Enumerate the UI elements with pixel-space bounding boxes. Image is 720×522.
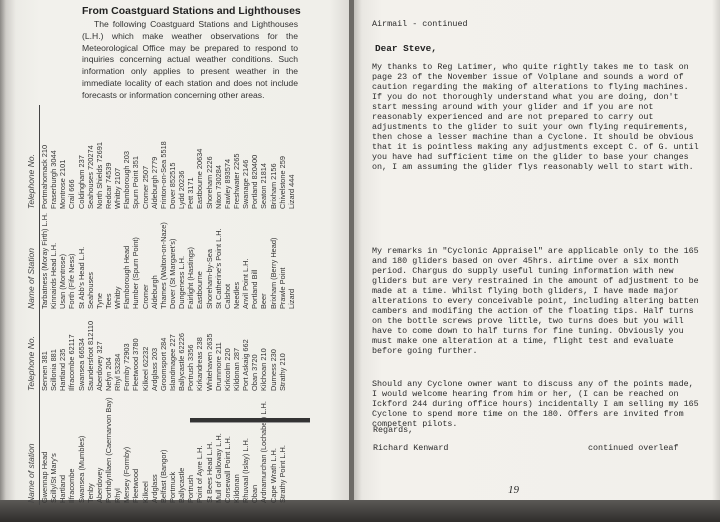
telephone-cell: Kilkeel 62232 bbox=[141, 309, 150, 391]
station-name-cell: Mersey (Formby) bbox=[122, 391, 131, 505]
table-row: Scilly/St Mary'sScillonia 881Kinnairds H… bbox=[49, 105, 58, 505]
telephone-cell: Seahouses 720274 bbox=[86, 109, 95, 209]
table-row: Mersey (Formby)Formby 72903Flamborough H… bbox=[122, 105, 131, 505]
station-name-cell: Hartland bbox=[58, 391, 67, 505]
telephone-cell: Chivelstone 259 bbox=[278, 109, 287, 209]
table-row: KilkeelKilkeel 62232CromerCromer 2507 bbox=[141, 105, 150, 505]
station-name-cell: Forth (Fife Ness) bbox=[67, 209, 76, 309]
telephone-cell: Strathy 210 bbox=[278, 309, 287, 391]
table-row: KildonanKildonan 287NeedlesFreshwater 22… bbox=[232, 105, 241, 505]
station-name-cell: Kildonan bbox=[232, 391, 241, 505]
telephone-cell: Fraserburgh 3044 bbox=[49, 109, 58, 209]
table-row: PortrushPortrush 3356Fairlight (Hastings… bbox=[186, 105, 195, 505]
station-name-cell: Dover (St Margaret's) bbox=[168, 209, 177, 309]
salutation: Dear Steve, bbox=[375, 43, 437, 54]
telephone-cell: Brixham 2156 bbox=[269, 109, 278, 209]
header-name-of-station: Name of station bbox=[26, 391, 36, 505]
table-row: RhylRhyl 53284WhitbyWhitby 2107 bbox=[113, 105, 122, 505]
station-name-cell: Prawle Point bbox=[278, 209, 287, 309]
telephone-cell: Niton 730284 bbox=[214, 109, 223, 209]
book-spine bbox=[349, 0, 354, 508]
telephone-cell: Rhyl 53284 bbox=[113, 309, 122, 391]
telephone-cell: Fleetwood 3780 bbox=[131, 309, 140, 391]
station-name-cell: Tarbatness (Moray Firth) L.H. bbox=[40, 209, 49, 309]
telephone-cell: Saundersfoot 812110 bbox=[86, 309, 95, 391]
table-row: AberdoveyAberdovey 327TyneNorth Shields … bbox=[95, 105, 104, 505]
intro-paragraph: The following Coastguard Stations and Li… bbox=[82, 19, 298, 102]
section-title: From Coastguard Stations and Lighthouses bbox=[82, 5, 301, 17]
telephone-cell: Pett 3171 bbox=[186, 109, 195, 209]
telephone-cell: Crail 666 bbox=[67, 109, 76, 209]
letter-paragraph: My remarks in "Cyclonic Appraisel" are a… bbox=[372, 246, 702, 357]
telephone-cell: Groomsport 284 bbox=[159, 309, 168, 391]
station-name-cell: Tyne bbox=[95, 209, 104, 309]
station-name-cell: Aldeburgh bbox=[150, 209, 159, 309]
telephone-cell: Nefyn 204 bbox=[104, 309, 113, 391]
letter-paragraph: Should any Cyclone owner want to discuss… bbox=[372, 379, 702, 429]
table-row: IlfracombeIlfracombe 62117Forth (Fife Ne… bbox=[67, 105, 76, 505]
telephone-cell: North Shields 72691 bbox=[95, 109, 104, 209]
station-name-cell: Belfast (Bangor) bbox=[159, 391, 168, 505]
station-name-cell: St Bees Head L.H. bbox=[205, 391, 214, 505]
table-row: Porthdynllaen (Caernarvon Bay)Nefyn 204T… bbox=[104, 105, 113, 505]
station-name-cell: Strathy Point L.H. bbox=[278, 391, 287, 505]
table-row: Cape Wrath L.H.Durness 230Brixham (Berry… bbox=[269, 105, 278, 505]
closing: Regards, bbox=[373, 425, 413, 435]
telephone-cell bbox=[287, 309, 296, 391]
table-row: FleetwoodFleetwood 3780Humber (Spurn Poi… bbox=[131, 105, 140, 505]
station-name-cell: Cromer bbox=[141, 209, 150, 309]
telephone-cell: Fawley 893574 bbox=[223, 109, 232, 209]
table-row: Mull of Galloway L.H.Drummore 211St Cath… bbox=[214, 105, 223, 505]
station-name-cell: Needles bbox=[232, 209, 241, 309]
station-name-cell: Calshot bbox=[223, 209, 232, 309]
telephone-cell: Freshwater 2265 bbox=[232, 109, 241, 209]
table-row: Swansea (Mumbles)Swansea 66534St Abb's H… bbox=[77, 105, 86, 505]
telephone-cell: Ardglass 203 bbox=[150, 309, 159, 391]
station-name-cell: Flamborough Head bbox=[122, 209, 131, 309]
station-name-cell: Cape Wrath L.H. bbox=[269, 391, 278, 505]
telephone-cell: Redcar 74539 bbox=[104, 109, 113, 209]
station-name-cell: Usan (Montrose) bbox=[58, 209, 67, 309]
station-name-cell: Scilly/St Mary's bbox=[49, 391, 58, 505]
telephone-cell: Frinton-on-Sea 5518 bbox=[159, 109, 168, 209]
telephone-cell: Cromer 2507 bbox=[141, 109, 150, 209]
station-name-cell: Porthdynllaen (Caernarvon Bay) bbox=[104, 391, 113, 505]
table-row: HartlandHartland 235Usan (Montrose)Montr… bbox=[58, 105, 67, 505]
telephone-cell: Kirkandreas 238 bbox=[195, 309, 204, 391]
station-name-cell: Rhyl bbox=[113, 391, 122, 505]
telephone-cell: Portmahomack 210 bbox=[40, 109, 49, 209]
telephone-cell: Whitehaven 2635 bbox=[205, 309, 214, 391]
telephone-cell: Spurn Point 351 bbox=[131, 109, 140, 209]
table-row: Gwennap HeadSennen 381Tarbatness (Moray … bbox=[40, 105, 49, 505]
station-name-cell: Shoreham-by-Sea bbox=[205, 209, 214, 309]
stations-table: Name of station Telephone No. Name of St… bbox=[14, 105, 344, 505]
table-row: Ardnamurchan (Lochaber) L.H.Kilchoan 210… bbox=[259, 105, 268, 505]
telephone-cell: Swansea 66534 bbox=[77, 309, 86, 391]
station-name-cell: Ardnamurchan (Lochaber) L.H. bbox=[259, 391, 268, 505]
telephone-cell: Aberdovey 327 bbox=[95, 309, 104, 391]
table-row: ArdglassArdglass 203AldeburghAldeburgh 2… bbox=[150, 105, 159, 505]
station-name-cell: Portmuck bbox=[168, 391, 177, 505]
telephone-cell: Portrush 3356 bbox=[186, 309, 195, 391]
telephone-cell: Kilchoan 210 bbox=[259, 309, 268, 391]
telephone-cell: Formby 72903 bbox=[122, 309, 131, 391]
table-row: Point of Ayre L.H.Kirkandreas 238Eastbou… bbox=[195, 105, 204, 505]
table-body: Gwennap HeadSennen 381Tarbatness (Moray … bbox=[40, 105, 296, 505]
station-name-cell: Oban bbox=[250, 391, 259, 505]
telephone-cell: Flamborough 203 bbox=[122, 109, 131, 209]
telephone-cell: Lydd 20236 bbox=[177, 109, 186, 209]
station-name-cell: St Abb's Head L.H. bbox=[77, 209, 86, 309]
table-row: TenbySaundersfoot 812110SeahousesSeahous… bbox=[86, 105, 95, 505]
continued-note: continued overleaf bbox=[588, 443, 678, 453]
table-row: Rhuvaal (Islay) L.H.Port Askaig 662Anvil… bbox=[241, 105, 250, 505]
telephone-cell: Aldeburgh 2779 bbox=[150, 109, 159, 209]
station-name-cell: Lizard bbox=[287, 209, 296, 309]
telephone-cell: Shoreham 2226 bbox=[205, 109, 214, 209]
table-row: Corsewall Point L.H.Kirkcolm 220CalshotF… bbox=[223, 105, 232, 505]
station-name-cell: Portland Bill bbox=[250, 209, 259, 309]
station-name-cell: Seahouses bbox=[86, 209, 95, 309]
station-name-cell: Mull of Galloway L.H. bbox=[214, 391, 223, 505]
station-name-cell: Thames (Walton-on-Naze) bbox=[159, 209, 168, 309]
telephone-cell: Port Askaig 662 bbox=[241, 309, 250, 391]
station-name-cell: Rhuvaal (Islay) L.H. bbox=[241, 391, 250, 505]
telephone-cell: Whitby 2107 bbox=[113, 109, 122, 209]
station-name-cell: Fairlight (Hastings) bbox=[186, 209, 195, 309]
station-name-cell: Ballycastle bbox=[177, 391, 186, 505]
station-name-cell: Ardglass bbox=[150, 391, 159, 505]
station-name-cell: Beer bbox=[259, 209, 268, 309]
telephone-cell: Kildonan 287 bbox=[232, 309, 241, 391]
telephone-cell: Lizard 444 bbox=[287, 109, 296, 209]
telephone-cell: Montrose 2101 bbox=[58, 109, 67, 209]
telephone-cell: Ilfracombe 62117 bbox=[67, 309, 76, 391]
telephone-cell: Scillonia 881 bbox=[49, 309, 58, 391]
telephone-cell: Seaton 21814 bbox=[259, 109, 268, 209]
telephone-cell: Drummore 211 bbox=[214, 309, 223, 391]
telephone-cell: Sennen 381 bbox=[40, 309, 49, 391]
table-row: ObanOban 3720Portland BillPortland 82040… bbox=[250, 105, 259, 505]
telephone-cell: Swanage 2146 bbox=[241, 109, 250, 209]
station-name-cell: Tenby bbox=[86, 391, 95, 505]
station-name-cell: Humber (Spurn Point) bbox=[131, 209, 140, 309]
station-name-cell: Brixham (Berry Head) bbox=[269, 209, 278, 309]
telephone-cell: Portland 820400 bbox=[250, 109, 259, 209]
telephone-cell: Oban 3720 bbox=[250, 309, 259, 391]
table-row: St Bees Head L.H.Whitehaven 2635Shoreham… bbox=[205, 105, 214, 505]
station-name-cell: Tees bbox=[104, 209, 113, 309]
station-name-cell: Gwennap Head bbox=[40, 391, 49, 505]
station-name-cell: Aberdovey bbox=[95, 391, 104, 505]
table-row: LizardLizard 444 bbox=[287, 105, 296, 505]
table-row: BallycastleBallycastle 62226Dungeness L.… bbox=[177, 105, 186, 505]
station-name-cell: Point of Ayre L.H. bbox=[195, 391, 204, 505]
signature: Richard Kenward bbox=[373, 443, 448, 453]
telephone-cell: Islandmagee 227 bbox=[168, 309, 177, 391]
station-name-cell: Ilfracombe bbox=[67, 391, 76, 505]
station-name-cell: Eastbourne bbox=[195, 209, 204, 309]
header-name-of-station-2: Name of Station bbox=[26, 209, 36, 309]
station-name-cell bbox=[287, 391, 296, 505]
letter-heading: Airmail - continued bbox=[372, 19, 468, 29]
table-rule bbox=[190, 418, 310, 423]
header-telephone-no: Telephone No. bbox=[26, 309, 36, 391]
station-name-cell: Swansea (Mumbles) bbox=[77, 391, 86, 505]
station-name-cell: Dungeness L.H. bbox=[177, 209, 186, 309]
station-name-cell: Kinnairds Head L.H. bbox=[49, 209, 58, 309]
station-name-cell: St Catherine's Point L.H. bbox=[214, 209, 223, 309]
telephone-cell: Ballycastle 62226 bbox=[177, 309, 186, 391]
table-row: Belfast (Bangor)Groomsport 284Thames (Wa… bbox=[159, 105, 168, 505]
table-row: PortmuckIslandmagee 227Dover (St Margare… bbox=[168, 105, 177, 505]
station-name-cell: Anvil Point L.H. bbox=[241, 209, 250, 309]
telephone-cell: Kirkcolm 220 bbox=[223, 309, 232, 391]
telephone-cell: Coldingham 237 bbox=[77, 109, 86, 209]
letter-paragraph: My thanks to Reg Latimer, who quite righ… bbox=[372, 62, 702, 173]
page-number: 19 bbox=[508, 484, 519, 496]
telephone-cell: Eastbourne 20634 bbox=[195, 109, 204, 209]
telephone-cell: Durness 230 bbox=[269, 309, 278, 391]
station-name-cell: Fleetwood bbox=[131, 391, 140, 505]
table-header: Name of station Telephone No. Name of St… bbox=[14, 105, 40, 505]
table-row: Strathy Point L.H.Strathy 210Prawle Poin… bbox=[278, 105, 287, 505]
station-name-cell: Portrush bbox=[186, 391, 195, 505]
telephone-cell: Hartland 235 bbox=[58, 309, 67, 391]
station-name-cell: Whitby bbox=[113, 209, 122, 309]
header-telephone-no-2: Telephone No. bbox=[26, 109, 36, 209]
station-name-cell: Kilkeel bbox=[141, 391, 150, 505]
station-name-cell: Corsewall Point L.H. bbox=[223, 391, 232, 505]
telephone-cell: Dover 852515 bbox=[168, 109, 177, 209]
